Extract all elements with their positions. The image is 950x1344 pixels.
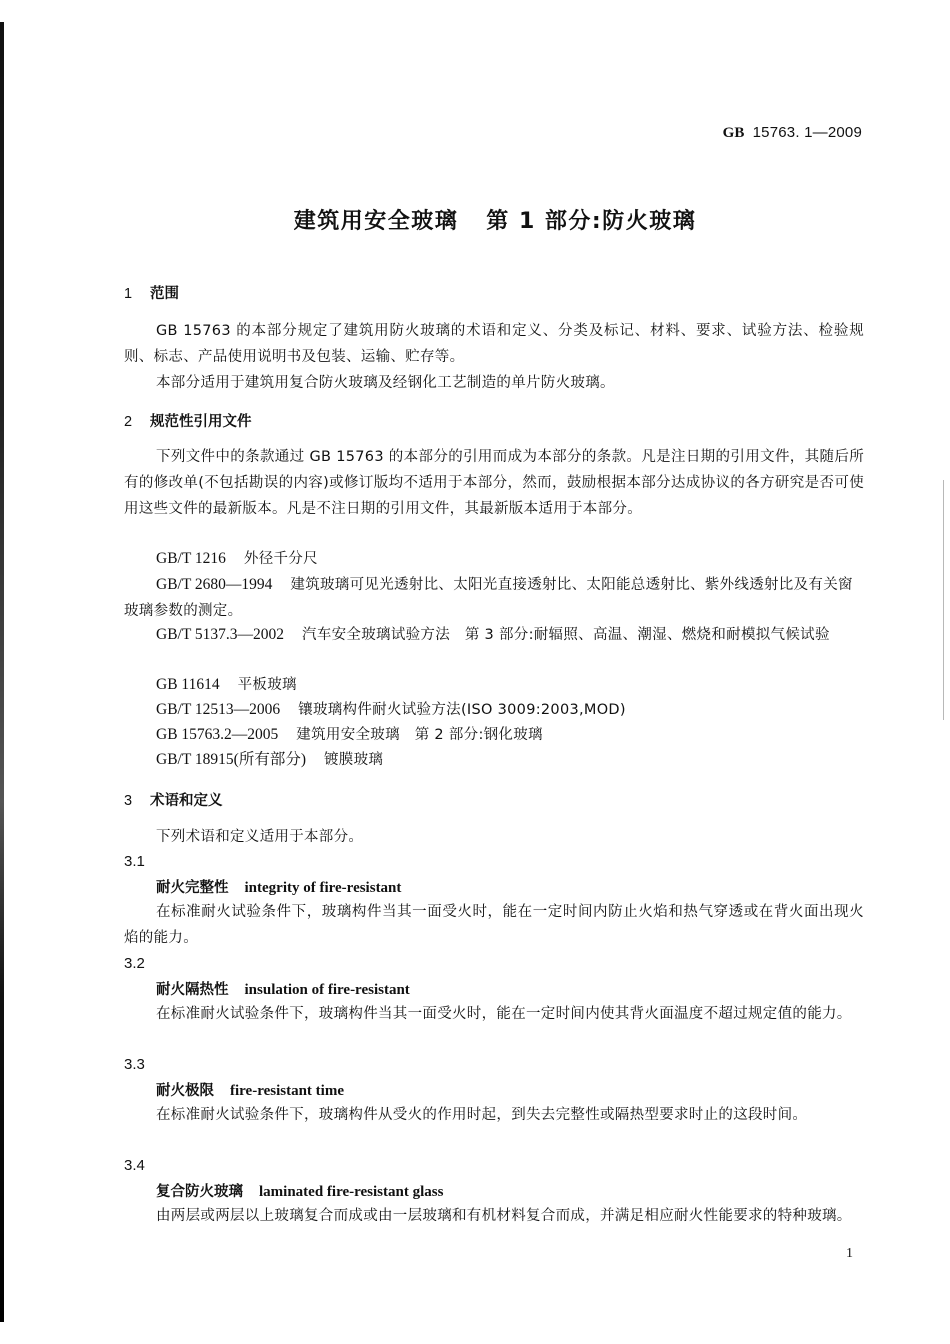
references-intro-paragraph: 下列文件中的条款通过 GB 15763 的本部分的引用而成为本部分的条款。凡是注… bbox=[124, 444, 864, 522]
scope-paragraph-1: GB 15763 的本部分规定了建筑用防火玻璃的术语和定义、分类及标记、材料、要… bbox=[124, 318, 864, 370]
section-heading-normative-references: 2规范性引用文件 bbox=[124, 409, 864, 435]
term-heading: 耐火隔热性insulation of fire-resistant bbox=[124, 976, 896, 1003]
reference-item: GB/T 18915(所有部分)镀膜玻璃 bbox=[124, 747, 896, 773]
reference-item: GB/T 1216外径千分尺 bbox=[124, 546, 896, 572]
section-heading-terms-definitions: 3术语和定义 bbox=[124, 788, 864, 814]
term-definition: 在标准耐火试验条件下，玻璃构件从受火的作用时起，到失去完整性或隔热型要求时止的这… bbox=[124, 1102, 864, 1128]
scope-paragraph-2: 本部分适用于建筑用复合防火玻璃及经钢化工艺制造的单片防火玻璃。 bbox=[124, 370, 864, 396]
terms-intro-paragraph: 下列术语和定义适用于本部分。 bbox=[124, 824, 864, 850]
term-heading: 耐火完整性integrity of fire-resistant bbox=[124, 874, 896, 901]
standard-code: 15763. 1—2009 bbox=[753, 124, 862, 141]
term-definition: 在标准耐火试验条件下，玻璃构件当其一面受火时，能在一定时间内使其背火面温度不超过… bbox=[124, 1001, 864, 1027]
page-number: 1 bbox=[846, 1246, 853, 1262]
term-heading: 复合防火玻璃laminated fire-resistant glass bbox=[124, 1178, 896, 1205]
reference-item: GB 15763.2—2005建筑用安全玻璃 第 2 部分:钢化玻璃 bbox=[124, 722, 896, 748]
reference-item: GB/T 5137.3—2002汽车安全玻璃试验方法 第 3 部分:耐辐照、高温… bbox=[124, 622, 864, 648]
standard-prefix: GB bbox=[723, 125, 745, 141]
clause-number: 3.1 bbox=[124, 849, 864, 875]
standard-number: GB15763. 1—2009 bbox=[723, 124, 862, 142]
clause-number: 3.2 bbox=[124, 951, 864, 977]
term-definition: 在标准耐火试验条件下，玻璃构件当其一面受火时，能在一定时间内防止火焰和热气穿透或… bbox=[124, 899, 864, 951]
scan-edge-right bbox=[943, 480, 944, 720]
reference-item: GB 11614平板玻璃 bbox=[124, 672, 896, 698]
clause-number: 3.3 bbox=[124, 1052, 864, 1078]
term-heading: 耐火极限fire-resistant time bbox=[124, 1077, 896, 1104]
title-main: 建筑用安全玻璃 bbox=[294, 209, 459, 234]
section-heading-scope: 1范围 bbox=[124, 281, 864, 307]
term-definition: 由两层或两层以上玻璃复合而成或由一层玻璃和有机材料复合而成，并满足相应耐火性能要… bbox=[124, 1203, 864, 1229]
clause-number: 3.4 bbox=[124, 1153, 864, 1179]
document-title: 建筑用安全玻璃第 1 部分:防火玻璃 bbox=[0, 204, 950, 235]
reference-item: GB/T 2680—1994建筑玻璃可见光透射比、太阳光直接透射比、太阳能总透射… bbox=[124, 572, 864, 624]
title-part: 第 1 部分:防火玻璃 bbox=[486, 209, 696, 234]
reference-item: GB/T 12513—2006镶玻璃构件耐火试验方法(ISO 3009:2003… bbox=[124, 697, 896, 723]
